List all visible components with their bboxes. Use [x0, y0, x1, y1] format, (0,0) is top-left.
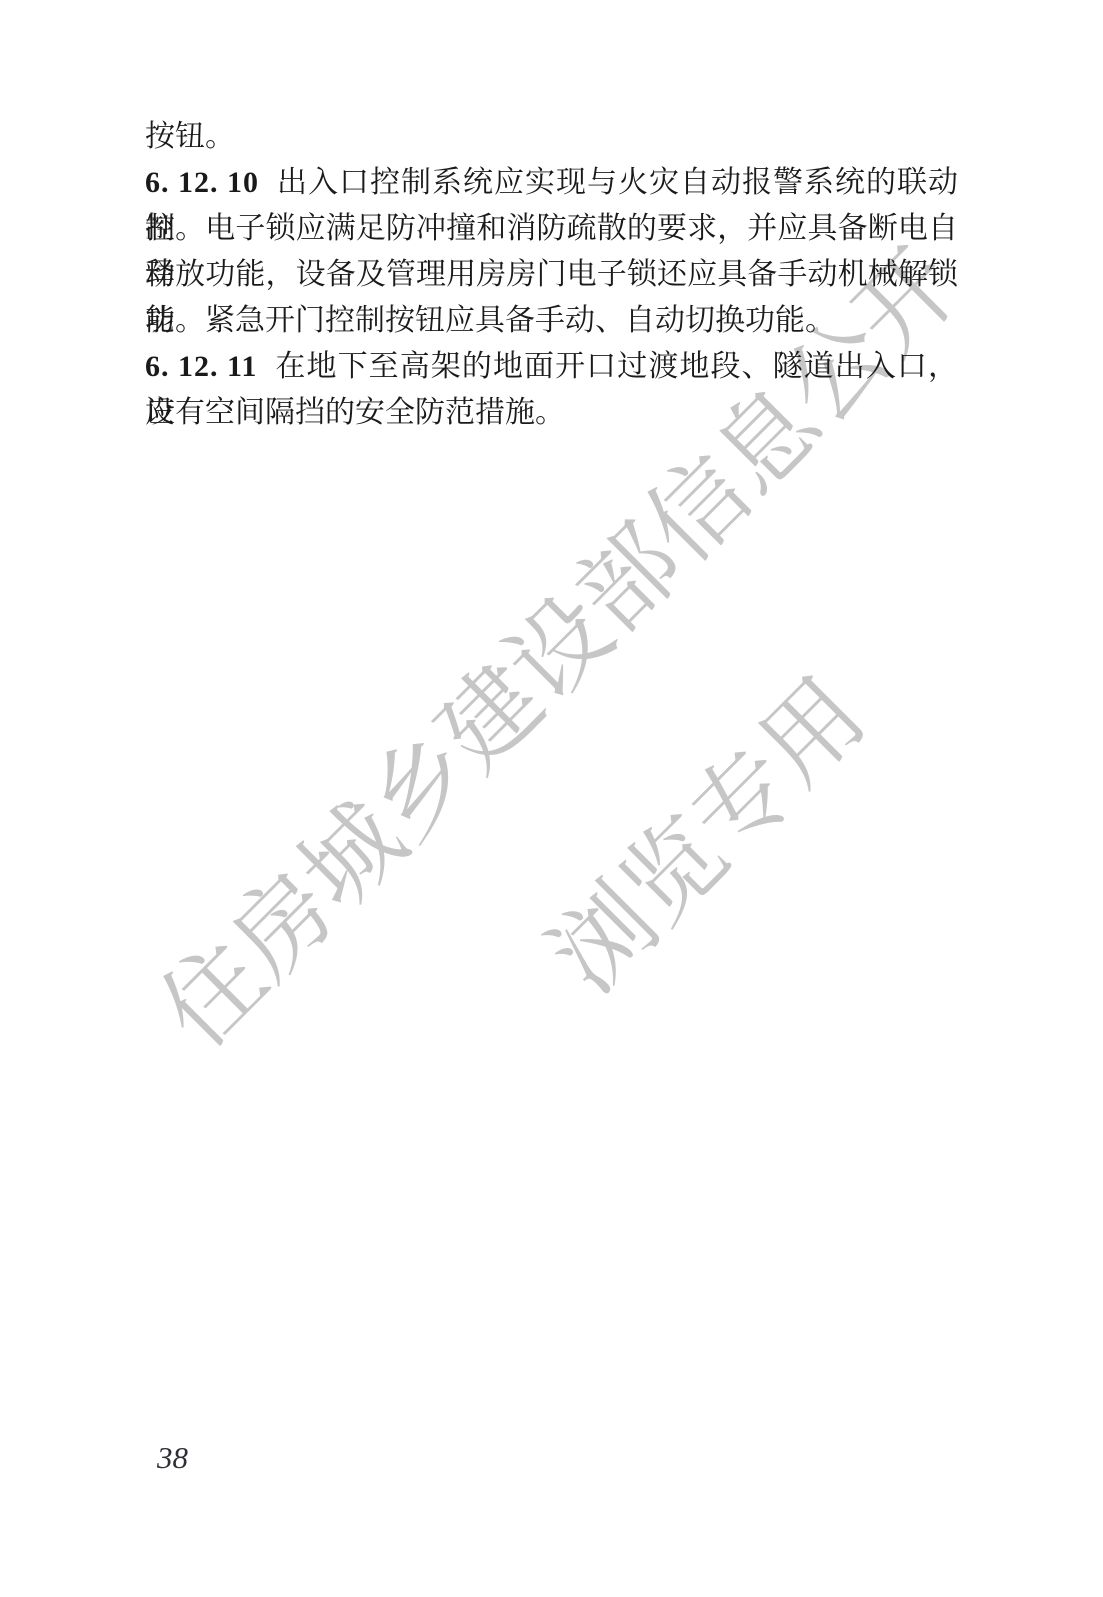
body-line: 制。电子锁应满足防冲撞和消防疏散的要求，并应具备断电自动 — [145, 206, 958, 252]
watermark-line-browse-only: 浏览专用 — [536, 663, 882, 1009]
body-line: 按钮。 — [145, 114, 958, 160]
clause-number: 6. 12. 11 — [145, 344, 257, 390]
clause-number: 6. 12. 10 — [145, 160, 259, 206]
body-text-block: 按钮。 6. 12. 10出入口控制系统应实现与火灾自动报警系统的联动控 制。电… — [145, 114, 958, 436]
page-number: 38 — [157, 1438, 188, 1478]
body-line: 设有空间隔挡的安全防范措施。 — [145, 390, 958, 436]
document-page: 住房城乡建设部信息公开 浏览专用 按钮。 6. 12. 10出入口控制系统应实现… — [0, 0, 1103, 1597]
body-line: 释放功能，设备及管理用房房门电子锁还应具备手动机械解锁功 — [145, 252, 958, 298]
body-line: 能。紧急开门控制按钮应具备手动、自动切换功能。 — [145, 298, 958, 344]
body-line-text: 按钮。 — [145, 120, 235, 153]
clause-line: 6. 12. 11在地下至高架的地面开口过渡地段、隧道出入口，应 — [145, 344, 958, 390]
body-line-text: 能。紧急开门控制按钮应具备手动、自动切换功能。 — [145, 304, 835, 337]
clause-line: 6. 12. 10出入口控制系统应实现与火灾自动报警系统的联动控 — [145, 160, 958, 206]
body-line-text: 设有空间隔挡的安全防范措施。 — [145, 396, 565, 429]
